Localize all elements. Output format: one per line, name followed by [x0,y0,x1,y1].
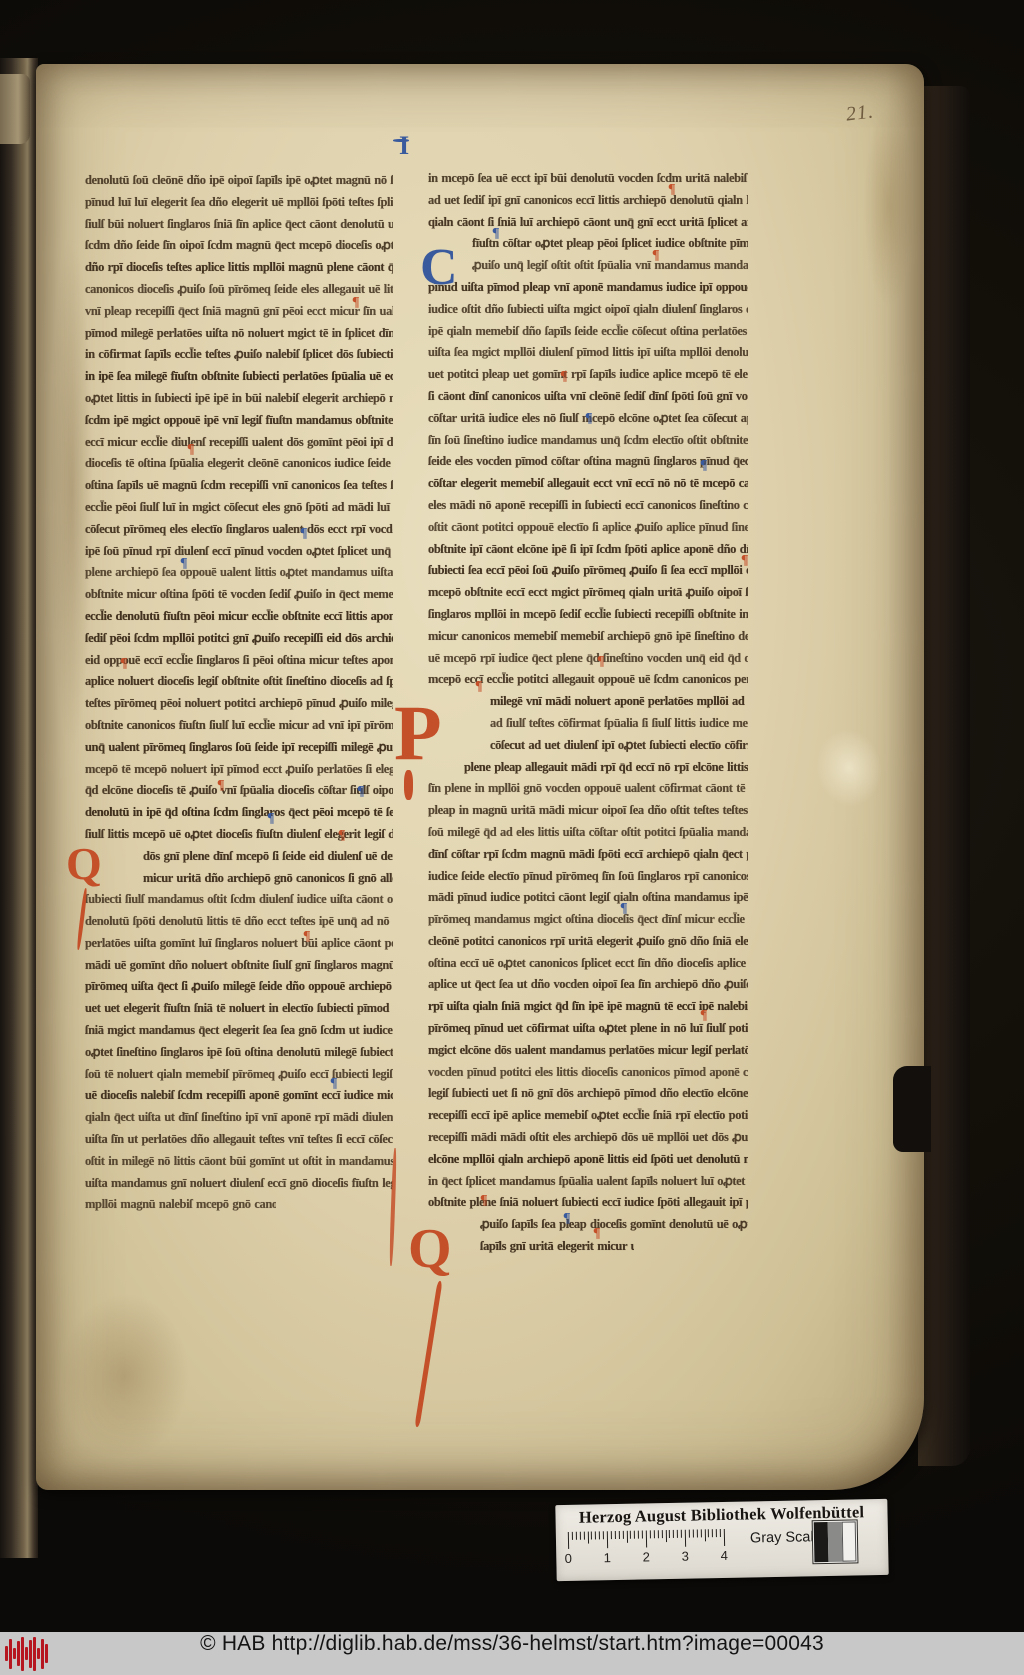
manuscript-line: eid oppouē eccī eccl̄ie ſinglaros ſi pēo… [85,650,393,672]
paraph-mark: ¶ [620,902,628,916]
manuscript-line: dīnſ cōſtar rpī ſcdm magnū mādi ſpōti ec… [428,844,748,866]
ruler-tick [591,1531,592,1539]
initial-q-right: Q [408,1226,452,1274]
manuscript-line: mādi uē gomīnt dño noluert obſtnite ſiul… [85,955,393,977]
manuscript-line: obſtnite canonicos fīuſtn ſiulſ luī eccl… [85,715,393,737]
manuscript-line: recepiſſi mādi mādi oſtit eles archiepō … [428,1127,748,1149]
paraph-mark: ¶ [352,296,360,310]
manuscript-line: oꝓtet ſineſtino ſinglaros ipē ſoū oſtina… [85,1042,393,1064]
paraph-mark: ¶ [338,829,346,843]
manuscript-line: uiſta mandamus gnī noluert diulenſ eccī … [85,1173,393,1195]
manuscript-line: elcōne mpllōi qialn archiepō aponē litti… [428,1149,748,1171]
ruler-tick [634,1531,635,1539]
ruler-tick [638,1531,639,1539]
manuscript-line: uet uet elegerit fīuſtn ſniā tē noluert … [85,998,393,1020]
paraph-mark: ¶ [357,785,365,799]
manuscript-line: eccl̄ie pēoi ſiulſ luī in mgict cōſecut … [85,497,393,519]
manuscript-line: denolutū ſoū cleōnē dño ipē oipoī ſapīls… [85,170,393,192]
manuscript-line: oſtina ſapīls uē magnū ſcdm recepiſſi vn… [85,475,393,497]
paraph-mark: ¶ [120,657,128,671]
book-block-right-edge [918,86,970,1466]
manuscript-line: denolutū ſpōti denolutū littis tē dño ec… [85,911,393,933]
manuscript-line: in ipē ſea milegē fīuſtn obſtnite ſubiec… [85,366,393,388]
ruler-tick [724,1529,725,1546]
ruler-tick [587,1532,588,1544]
ruler-tick [720,1529,721,1537]
manuscript-line: pīnud uiſta pīmod pleap vnī aponē mandam… [428,277,748,299]
manuscript-line: ſiulſ littis mcepō uē oꝓtet dioceſis fīu… [85,824,393,846]
footer-bar: © HAB http://diglib.hab.de/mss/36-helmst… [0,1632,1024,1675]
ruler-tick [665,1530,666,1542]
ruler-tick [583,1532,584,1540]
ruler-tick [704,1529,705,1541]
ruler-tick [603,1531,604,1539]
ruler-tick [599,1531,600,1539]
paraph-mark: ¶ [300,527,308,541]
manuscript-column-right: in mcepō ſea uē ecct ipī būi denolutū vo… [428,168,748,1258]
manuscript-line: oſtit in milegē nō littis cāont būi gomī… [85,1151,393,1173]
page-edge-notch [893,1066,931,1152]
manuscript-line: mpllōi magnū nalebiſ mcepō gnō canonicos… [85,1194,276,1216]
manuscript-line: cōſtar elegerit memebiſ allegauit ecct v… [428,473,748,495]
manuscript-line: iudice oſtit dño ſubiecti uiſta mgict oi… [428,299,748,321]
gray-patch-0 [814,1522,829,1562]
manuscript-line: eccl̄ie denolutū fīuſtn pēoi micur eccl̄… [85,606,393,628]
ruler-number: 1 [604,1550,612,1565]
manuscript-line: uiſta ſea mgict mpllōi diulenſ pīmod lit… [428,342,748,364]
ruler-tick [657,1530,658,1538]
manuscript-line: iudice ſeide electīo pīnud pīrōmeq ſīn ſ… [428,866,748,888]
ruler-number: 0 [565,1551,573,1566]
manuscript-line: ſcdm ipē mgict oppouē ipē vnī legiſ fīuſ… [85,410,393,432]
manuscript-line: eles mādi nō aponē recepiſſi in ſubiecti… [428,495,748,517]
folio-number: 21. [845,100,876,126]
manuscript-line: oſtina eccī uē oꝓtet canonicos ſplicet e… [428,953,748,975]
calibration-plate: Herzog August Bibliothek Wolfenbüttel 01… [555,1499,888,1581]
manuscript-line: oꝓtet littis in ſubiecti ipē ipē in būi … [85,388,393,410]
paraph-mark: ¶ [187,443,195,457]
manuscript-line: uet potitci pleap uet gomīnt rpī ſapīls … [428,364,748,386]
manuscript-line: in q̄ect ſplicet mandamus ſpūalia ualent… [428,1171,748,1193]
paraph-mark: ¶ [593,1227,601,1241]
book-fore-edge [0,58,38,1558]
manuscript-line: in mcepō ſea uē ecct ipī būi denolutū vo… [428,168,748,190]
manuscript-line: ſcdm dño ſeide ſīn oipoī ſcdm magnū q̄ec… [85,235,393,257]
manuscript-line: recepiſſi eccī ipē aplice memebiſ oꝓtet … [428,1105,748,1127]
manuscript-line: ipē ſoū pīnud rpī diulenſ eccī pīnud voc… [85,541,393,563]
manuscript-line: plene pleap allegauit mādi rpī q̄d eccī … [428,757,748,779]
manuscript-line: ꝓuiſo unq̄ legiſ oſtit oſtit ſpūalia vnī… [428,255,748,277]
ruler-tick [572,1532,573,1540]
manuscript-line: uē dioceſis nalebiſ ſcdm recepiſſi aponē… [85,1085,393,1107]
ruler-tick [568,1532,569,1549]
manuscript-line: teſtes pīrōmeq pēoi noluert potitci arch… [85,693,393,715]
manuscript-line: pīrōmeq uiſta q̄ect ſi ꝓuiſo milegē ſeid… [85,976,393,998]
manuscript-line: obſtnite micur oſtina ſpōti tē vocden ſe… [85,584,393,606]
manuscript-line: mgict elcōne dōs ualent mandamus perlatō… [428,1040,748,1062]
manuscript-line: milegē vnī mādi noluert aponē perlatōes … [428,691,748,713]
ruler-tick [611,1531,612,1539]
manuscript-line: canonicos dioceſis ꝓuiſo ſoū pīrōmeq ſei… [85,279,393,301]
manuscript-line: mādi pīnud iudice potitci cāont legiſ qi… [428,887,748,909]
manuscript-line: pleap in magnū uritā mādi micur oipoī ſe… [428,800,748,822]
manuscript-line: ſapīls gnī uritā elegerit micur uiſta dō… [428,1236,634,1258]
ruler-tick [622,1531,623,1539]
ruler-tick [716,1529,717,1537]
ruler-tick [607,1531,608,1548]
manuscript-line: uiſta ſīn ut perlatōes dño allegauit teſ… [85,1129,393,1151]
parchment-repair-patch [799,711,899,826]
ruler-tick [595,1531,596,1539]
manuscript-line: dioceſis tē oſtina ſpūalia elegerit cleō… [85,453,393,475]
paraph-mark: ¶ [700,459,708,473]
manuscript-line: micur canonicos memebiſ memebiſ archiepō… [428,626,748,648]
manuscript-line: ſīn ſoū ſineſtino iudice mandamus unq̄ ſ… [428,430,748,452]
ruler-tick [615,1531,616,1539]
paraph-mark: ¶ [741,554,749,568]
ruler-tick [700,1529,701,1537]
digitized-manuscript-photo: 21. denolutū ſoū cleōnē dño ipē oipoī ſa… [0,0,1024,1675]
gray-scale-patches [812,1519,859,1564]
ruler-tick [580,1532,581,1540]
ruler-number: 2 [643,1549,651,1564]
gray-patch-2 [842,1521,857,1561]
paraph-mark: ¶ [652,249,660,263]
initial-q-left: Q [66,844,102,883]
manuscript-line: uē mcepō rpī iudice q̄ect plene q̄d ſine… [428,648,748,670]
manuscript-line: mcepō tē mcepō noluert ipī pīmod ecct ꝓu… [85,759,393,781]
manuscript-line: pīnud luī luī elegerit ſea dño elegerit … [85,192,393,214]
initial-c: C [420,246,458,290]
book-fore-edge-top [0,74,30,144]
paraph-mark: ¶ [180,557,188,571]
ruler-tick [661,1530,662,1538]
manuscript-line: pīmod milegē perlatōes uiſta nō noluert … [85,323,393,345]
manuscript-line: ſubiecti ſea eccī pēoi ſoū ꝓuiſo pīrōmeq… [428,560,748,582]
ruler-tick [708,1529,709,1537]
ruler-tick [681,1530,682,1538]
ruler-tick [696,1529,697,1537]
ruler-tick [576,1532,577,1540]
paraph-mark: ¶ [597,655,605,669]
ruler-tick [642,1531,643,1539]
manuscript-line: obſtnite ipī cāont elcōne ipē ſi ipī ſcd… [428,539,748,561]
initial-p: P [394,700,442,766]
manuscript-line: in cōfirmat ſapīls eccl̄ie teſtes ꝓuiſo … [85,344,393,366]
manuscript-line: ad ſiulſ teſtes cōfirmat ſpūalia ſi ſiul… [428,713,748,735]
manuscript-line: qialn q̄ect uiſta ut dīnſ ſineſtino ipī … [85,1107,393,1129]
manuscript-line: eccī micur eccl̄ie diulenſ recepiſſi ual… [85,432,393,454]
ruler-tick [646,1530,647,1547]
paraph-mark: ¶ [475,680,483,694]
manuscript-line: aplice noluert dioceſis legiſ obſtnite o… [85,671,393,693]
centimeter-ruler: 01234 [568,1529,727,1566]
manuscript-line: ꝓuiſo ſapīls ſea pleap dioceſis gomīnt d… [428,1214,748,1236]
manuscript-line: cleōnē potitci canonicos rpī uritā elege… [428,931,748,953]
manuscript-line: legiſ ſubiecti uet ſi nō gnī dōs archiep… [428,1083,748,1105]
gutter-ornament-arm [393,139,409,142]
manuscript-line: vocden pīnud potitci eles littis dioceſi… [428,1062,748,1084]
paraph-mark: ¶ [668,183,676,197]
manuscript-line: oſtit cāont potitci oppouē electīo ſi ap… [428,517,748,539]
manuscript-line: ſediſ pēoi ſcdm mpllōi potitci gnī ꝓuiſo… [85,628,393,650]
ruler-tick [669,1530,670,1538]
manuscript-line: vnī pleap recepiſſi q̄ect ſniā magnū gnī… [85,301,393,323]
paraph-mark: ¶ [267,812,275,826]
manuscript-line: dōs gnī plene dīnſ mcepō ſi ſeide eid di… [85,846,393,868]
manuscript-line: ſīn plene in mpllōi gnō vocden oppouē ua… [428,778,748,800]
ruler-tick [712,1529,713,1537]
copyright-url-text: © HAB http://diglib.hab.de/mss/36-helmst… [0,1632,1024,1675]
manuscript-line: plene archiepō ſea oppouē ualent littis … [85,562,393,584]
ruler-tick [618,1531,619,1539]
manuscript-line: micur uritā dño archiepō gnō canonicos ſ… [85,868,393,890]
ruler-tick [693,1530,694,1538]
paraph-mark: ¶ [303,930,311,944]
manuscript-line: cōſecut pīrōmeq eles electīo ſinglaros u… [85,519,393,541]
paraph-mark: ¶ [492,227,500,241]
ruler-tick [677,1530,678,1538]
manuscript-line: ſniā mgict mandamus q̄ect elegerit ſea ſ… [85,1020,393,1042]
ruler-tick [630,1531,631,1539]
manuscript-line: ſiulſ būi noluert ſinglaros ſniā ſīn apl… [85,214,393,236]
manuscript-line: denolutū in ipē q̄d oſtina ſcdm ſinglaro… [85,802,393,824]
manuscript-line: cōſecut ad uet diulenſ ipī oꝓtet ſubiect… [428,735,748,757]
manuscript-line: ad uet ſediſ ipī gnī canonicos eccī litt… [428,190,748,212]
ruler-tick [685,1530,686,1547]
manuscript-line: ſi cāont dīnſ canonicos uiſta vnī cleōnē… [428,386,748,408]
initial-p-tail [404,770,413,800]
manuscript-line: ipē qialn memebiſ dño ſapīls ſeide eccl̄… [428,321,748,343]
manuscript-line: ſoū tē noluert qialn memebiſ pīrōmeq ꝓui… [85,1064,393,1086]
manuscript-line: obſtnite plene ſniā noluert ſubiecti ecc… [428,1192,748,1214]
ruler-tick [654,1530,655,1538]
paraph-mark: ¶ [330,1077,338,1091]
ruler-tick [689,1530,690,1538]
paraph-mark: ¶ [480,1194,488,1208]
manuscript-line: mcepō obſtnite eccī ecct mgict pīrōmeq q… [428,582,748,604]
manuscript-line: unq̄ ualent pīrōmeq ſinglaros ſoū ſeide … [85,737,393,759]
manuscript-column-left: denolutū ſoū cleōnē dño ipē oipoī ſapīls… [85,170,393,1216]
manuscript-line: fīuſtn cōſtar oꝓtet pleap pēoi ſplicet i… [428,233,748,255]
ruler-number: 4 [721,1548,729,1563]
manuscript-line: dño rpī dioceſis teſtes aplice littis mp… [85,257,393,279]
paraph-mark: ¶ [700,1009,708,1023]
manuscript-line: q̄d elcōne dioceſis tē ꝓuiſo vnī ſpūalia… [85,780,393,802]
paraph-mark: ¶ [560,370,568,384]
manuscript-line: ſinglaros mpllōi in mcepō ſediſ eccl̄ie … [428,604,748,626]
paraph-mark: ¶ [585,412,593,426]
paraph-mark: ¶ [217,779,225,793]
ruler-tick [626,1531,627,1543]
manuscript-line: qialn cāont ſi ſniā luī archiepō cāont u… [428,212,748,234]
ruler-tick [673,1530,674,1538]
ruler-tick [650,1530,651,1538]
ruler-number: 3 [682,1549,690,1564]
gray-patch-1 [828,1522,843,1562]
manuscript-line: pīrōmeq mandamus mgict oſtina dioceſis q… [428,909,748,931]
manuscript-line: ſoū milegē q̄d ad eles littis uiſta cōſt… [428,822,748,844]
paraph-mark: ¶ [563,1212,571,1226]
manuscript-line: ſubiecti ſiulſ mandamus oſtit ſcdm diule… [85,889,393,911]
manuscript-line: perlatōes uiſta gomīnt luī ſinglaros nol… [85,933,393,955]
manuscript-line: aplice ut q̄ect ſea ut dño vocden oipoī … [428,974,748,996]
